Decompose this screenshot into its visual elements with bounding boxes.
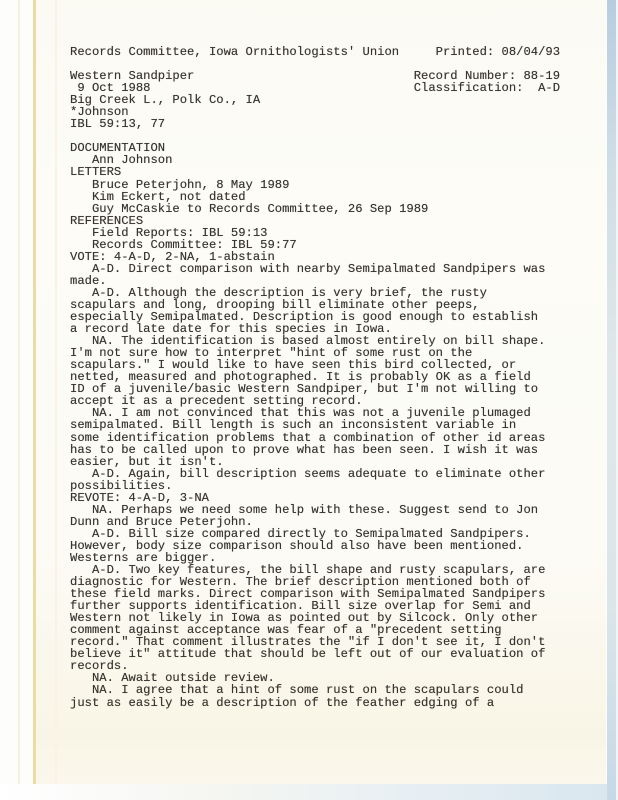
scanner-right-edge (607, 0, 616, 800)
scanner-left-edge-line (18, 0, 20, 791)
paper-crease-line (55, 0, 57, 782)
scanner-bottom-edge (0, 784, 618, 800)
document-text: Records Committee, Iowa Ornithologists' … (70, 46, 560, 709)
scanned-document: Records Committee, Iowa Ornithologists' … (0, 0, 618, 800)
